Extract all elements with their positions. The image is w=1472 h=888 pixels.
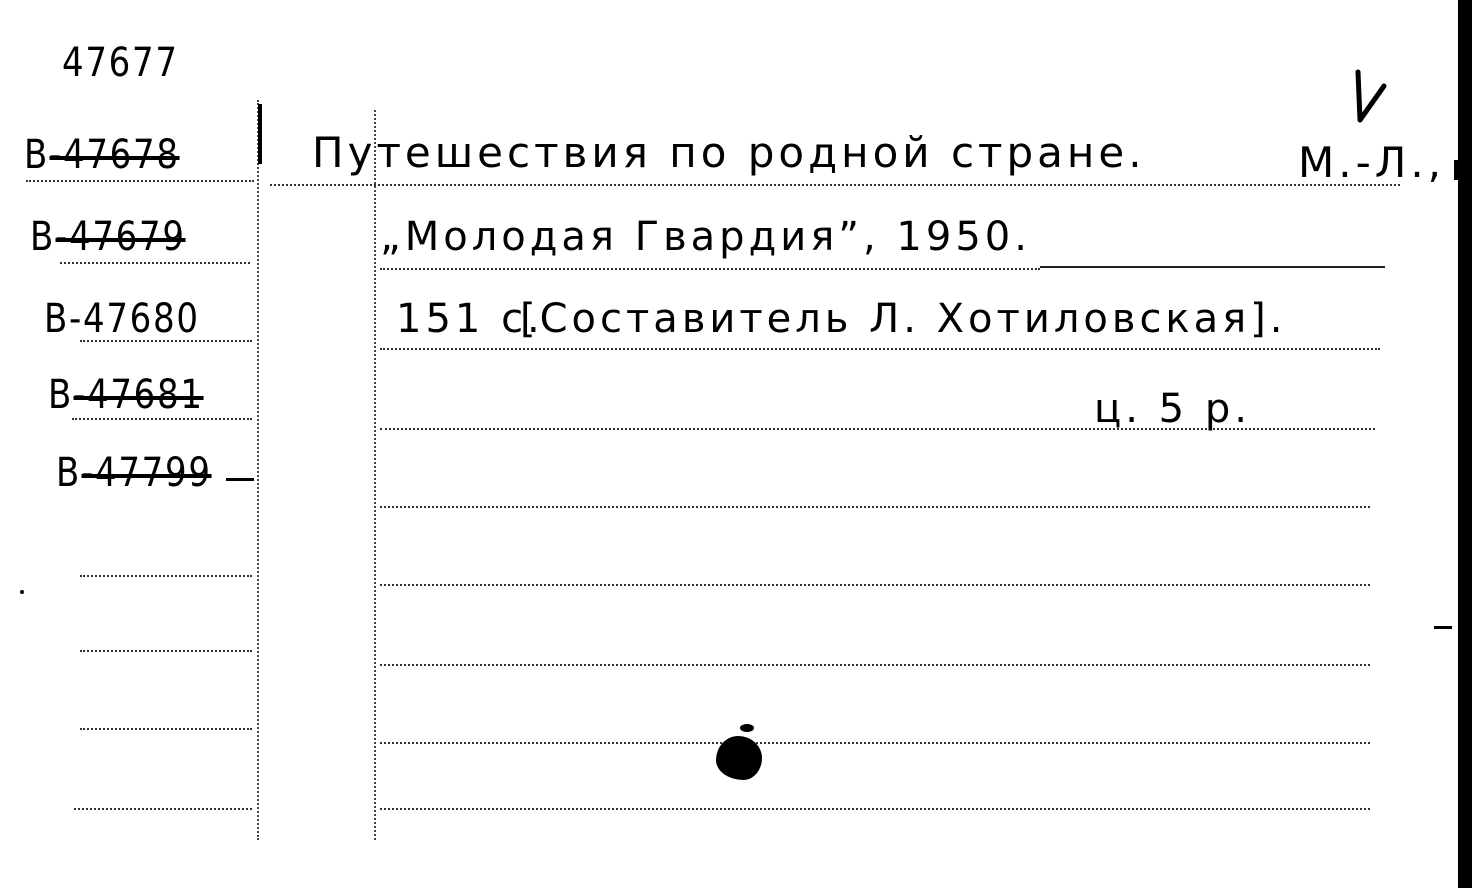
compiler: [Составитель Л. Хотиловская]. <box>520 296 1287 342</box>
price: ц. 5 р. <box>1094 386 1251 432</box>
ink-blot-icon <box>716 736 762 780</box>
ruled-line <box>380 348 1380 350</box>
check-mark-icon <box>1352 68 1388 128</box>
ruled-line <box>80 575 252 577</box>
ruled-line <box>80 650 252 652</box>
ink-blot-icon <box>740 724 754 732</box>
inventory-number-struck: B-47678 <box>24 132 180 178</box>
inventory-number-struck: B-47799 <box>56 450 212 496</box>
publication-place: М.-Л., <box>1298 138 1445 187</box>
card-edge-notch <box>1454 160 1458 180</box>
margin-line-ink <box>258 104 262 164</box>
trailing-dash <box>226 478 254 481</box>
ruled-line <box>380 268 1040 270</box>
ruled-line <box>74 808 252 810</box>
ruled-line <box>26 180 254 182</box>
ruled-line <box>270 184 1400 186</box>
ruled-line <box>60 262 250 264</box>
ruled-line <box>380 506 1370 508</box>
ruled-line <box>380 584 1370 586</box>
ruled-line <box>1040 266 1385 268</box>
ruled-line <box>380 664 1370 666</box>
inventory-number-struck: B-47681 <box>48 372 204 418</box>
margin-line-left <box>257 100 259 840</box>
speck <box>20 590 24 594</box>
ruled-line <box>72 418 252 420</box>
publisher-year: „Молодая Гвардия”, 1950. <box>380 214 1031 260</box>
inventory-number: 47677 <box>62 40 179 86</box>
inventory-number-struck: B-47679 <box>30 214 186 260</box>
ruled-line <box>80 728 252 730</box>
catalog-card: 47677 B-47678 B-47679 B-47680 B-47681 B-… <box>0 0 1472 888</box>
margin-line-indent <box>374 110 376 840</box>
inventory-number: B-47680 <box>44 296 200 342</box>
ruled-line <box>380 742 1370 744</box>
book-title: Путешествия по родной стране. <box>312 128 1146 177</box>
card-right-edge <box>1458 0 1472 888</box>
ruled-line <box>380 808 1370 810</box>
edge-mark <box>1434 626 1452 629</box>
